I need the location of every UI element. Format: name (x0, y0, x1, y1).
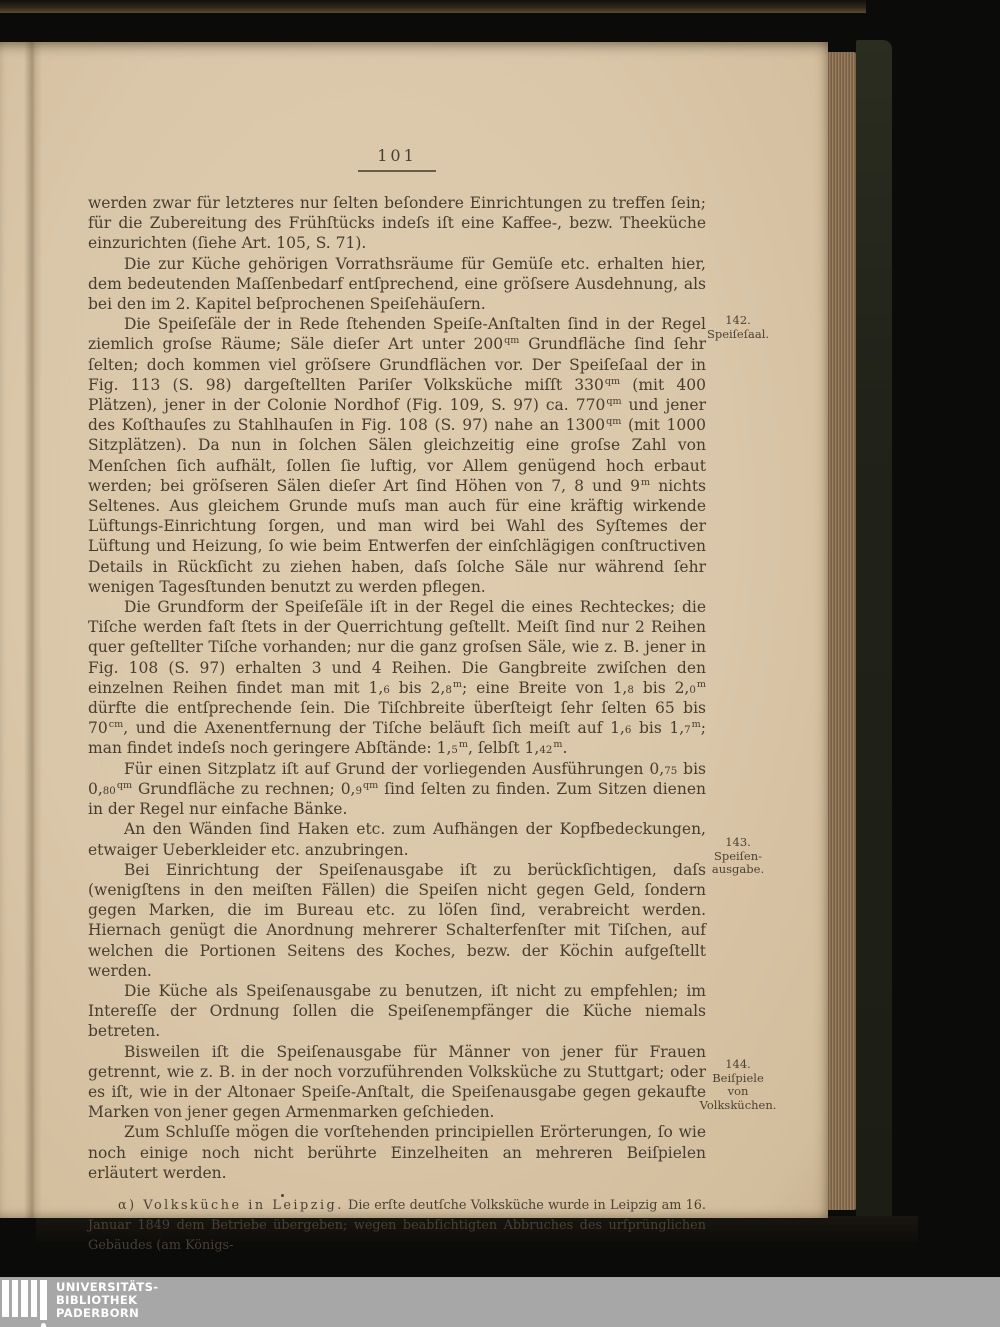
paragraph: Die Küche als Speiſenausgabe zu benutzen… (88, 981, 706, 1042)
margin-note-line: Speiſen- (688, 850, 788, 864)
scanned-page: 101 werden zwar für letzteres nur ſelten… (0, 42, 828, 1218)
paragraph: Für einen Sitzplatz iſt auf Grund der vo… (88, 759, 706, 820)
library-name: UNIVERSITÄTS- BIBLIOTHEK PADERBORN (56, 1281, 158, 1320)
paragraph: Bisweilen iſt die Speiſenausgabe für Män… (88, 1042, 706, 1123)
margin-note-line: Beiſpiele (688, 1072, 788, 1086)
paragraph: An den Wänden ſind Haken etc. zum Aufhän… (88, 819, 706, 859)
page-number: 101 (88, 146, 706, 165)
margin-note-line: Volksküchen. (688, 1099, 788, 1113)
margin-note-line: ausgabe. (688, 863, 788, 877)
margin-note-line: Speiſeſaal. (688, 328, 788, 342)
margin-note-beispiele: 144. Beiſpiele von Volksküchen. (688, 1058, 788, 1112)
page-header: 101 (88, 146, 706, 172)
book-scan: 101 werden zwar für letzteres nur ſelten… (0, 0, 1000, 1327)
paragraph: Bei Einrichtung der Speiſenausgabe iſt z… (88, 860, 706, 981)
book-fore-edge-pages (826, 52, 859, 1210)
book-top-page-edges (0, 0, 866, 13)
paragraph: werden zwar für letzteres nur ſelten beſ… (88, 193, 706, 254)
library-bars-icon (2, 1280, 50, 1326)
library-name-line: PADERBORN (56, 1307, 158, 1320)
paragraph: Die zur Küche gehörigen Vorrathsräume fü… (88, 254, 706, 315)
book-cover-edge (856, 40, 892, 1232)
margin-note-number: 142. (688, 314, 788, 328)
library-watermark-bar: UNIVERSITÄTS- BIBLIOTHEK PADERBORN (0, 1277, 1000, 1327)
margin-note-number: 143. (688, 836, 788, 850)
margin-note-speisesaal: 142. Speiſeſaal. (688, 314, 788, 341)
footnote: α) Volksküche in Leipzig. Die erſte deut… (88, 1196, 706, 1256)
margin-note-number: 144. (688, 1058, 788, 1072)
paragraph: Zum Schluſſe mögen die vorſtehenden prin… (88, 1122, 706, 1183)
text-block: werden zwar für letzteres nur ſelten beſ… (88, 193, 706, 1256)
margin-note-line: von (688, 1085, 788, 1099)
page-number-rule (358, 170, 436, 172)
margin-note-speisenausgabe: 143. Speiſen- ausgabe. (688, 836, 788, 877)
page-gutter-crease (24, 42, 42, 1218)
paragraph: Die Speiſeſäle der in Rede ſtehenden Spe… (88, 314, 706, 597)
paragraph: Die Grundform der Speiſeſäle iſt in der … (88, 597, 706, 759)
footnote-label: α) Volksküche in Leipzig. (118, 1198, 344, 1213)
